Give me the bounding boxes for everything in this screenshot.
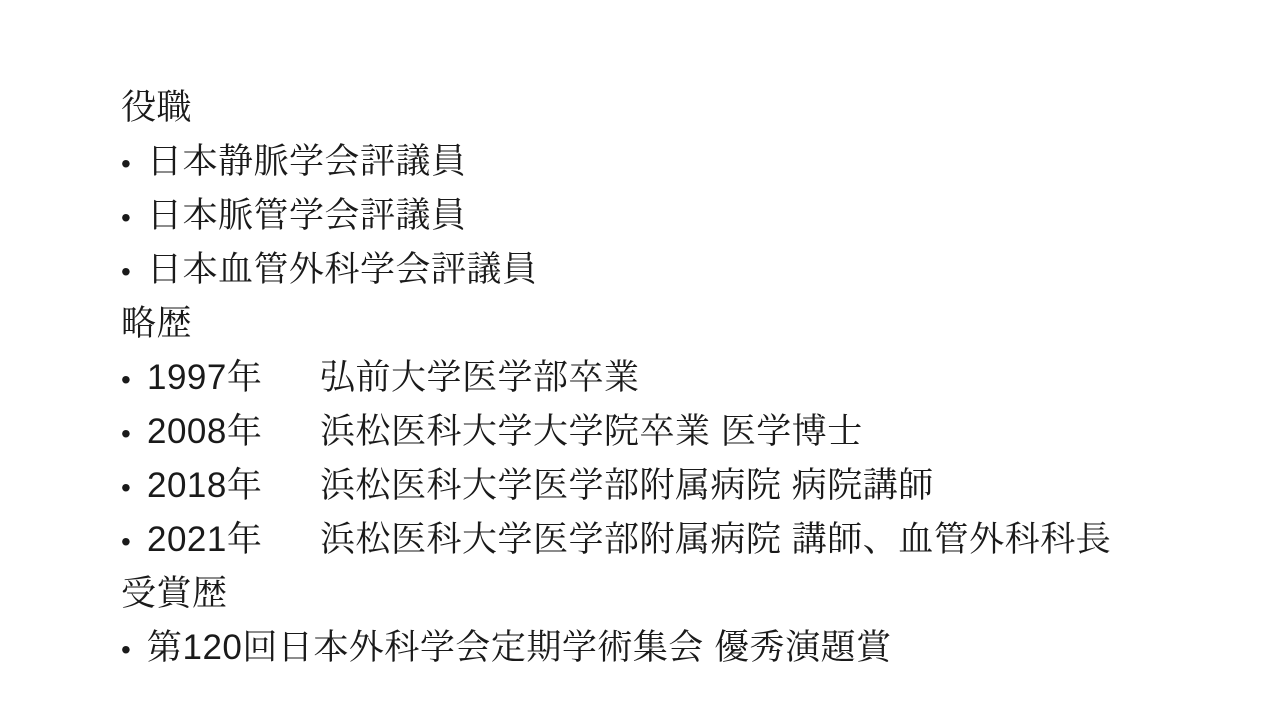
list-item: • 日本血管外科学会評議員: [121, 243, 1240, 297]
list-item: • 2021年 浜松医科大学医学部附属病院 講師、血管外科科長: [121, 513, 1240, 567]
career-text: 浜松医科大学医学部附属病院 病院講師: [320, 459, 934, 513]
list-item: • 日本脈管学会評議員: [121, 189, 1240, 243]
career-list: • 1997年 弘前大学医学部卒業 • 2008年 浜松医科大学大学院卒業 医学…: [121, 351, 1240, 567]
section-heading-awards: 受賞歴: [121, 567, 1240, 621]
section-heading-roles: 役職: [121, 81, 1240, 135]
career-year: 1997年: [147, 351, 320, 405]
list-item: • 1997年 弘前大学医学部卒業: [121, 351, 1240, 405]
career-year: 2021年: [147, 513, 320, 567]
bullet-icon: •: [121, 515, 147, 569]
career-year: 2008年: [147, 405, 320, 459]
list-item-text: 日本血管外科学会評議員: [147, 243, 538, 297]
list-item: • 第120回日本外科学会定期学術集会 優秀演題賞: [121, 621, 1240, 675]
bullet-icon: •: [121, 191, 147, 245]
list-item-text: 第120回日本外科学会定期学術集会 優秀演題賞: [147, 621, 892, 675]
career-text: 浜松医科大学医学部附属病院 講師、血管外科科長: [320, 513, 1111, 567]
bullet-icon: •: [121, 353, 147, 407]
list-item: • 日本静脈学会評議員: [121, 135, 1240, 189]
career-text: 弘前大学医学部卒業: [320, 351, 640, 405]
roles-list: • 日本静脈学会評議員 • 日本脈管学会評議員 • 日本血管外科学会評議員: [121, 135, 1240, 297]
list-item-text: 日本脈管学会評議員: [147, 189, 467, 243]
career-year: 2018年: [147, 459, 320, 513]
bullet-icon: •: [121, 245, 147, 299]
list-item: • 2008年 浜松医科大学大学院卒業 医学博士: [121, 405, 1240, 459]
awards-list: • 第120回日本外科学会定期学術集会 優秀演題賞: [121, 621, 1240, 675]
profile-bio-content: 役職 • 日本静脈学会評議員 • 日本脈管学会評議員 • 日本血管外科学会評議員…: [0, 0, 1280, 675]
bullet-icon: •: [121, 623, 147, 677]
career-text: 浜松医科大学大学院卒業 医学博士: [320, 405, 863, 459]
list-item: • 2018年 浜松医科大学医学部附属病院 病院講師: [121, 459, 1240, 513]
section-heading-career: 略歴: [121, 297, 1240, 351]
bullet-icon: •: [121, 461, 147, 515]
list-item-text: 日本静脈学会評議員: [147, 135, 467, 189]
bullet-icon: •: [121, 407, 147, 461]
bullet-icon: •: [121, 137, 147, 191]
